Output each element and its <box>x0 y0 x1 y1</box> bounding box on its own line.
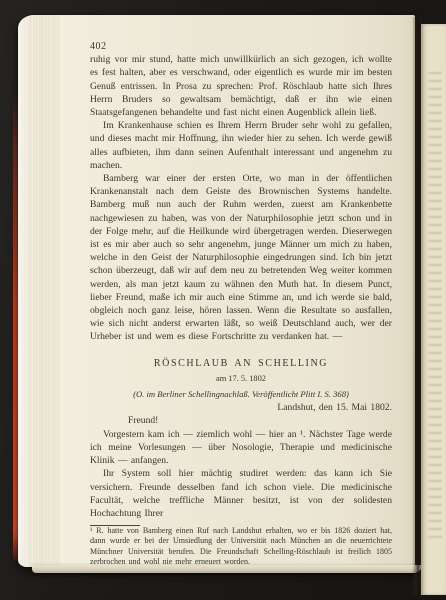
letter-heading-date: am 17. 5. 1802 <box>90 372 392 385</box>
letter-dateline: Landshut, den 15. Mai 1802. <box>90 401 392 414</box>
letter-paragraph: Ihr System soll hier mächtig studiret we… <box>90 467 392 520</box>
book-page: 402 ruhig vor mir stund, hatte mich unwi… <box>18 15 415 567</box>
adjacent-page-text-blur <box>428 72 442 542</box>
paragraph-continuation: ruhig vor mir stund, hatte mich unwillkü… <box>90 53 392 119</box>
page-fore-edge <box>18 15 60 567</box>
letter-heading: RÖSCHLAUB AN SCHELLING am 17. 5. 1802 (O… <box>90 357 392 402</box>
paragraph: Im Krankenhause schien es Ihrem Herrn Br… <box>90 119 392 172</box>
letter-paragraph: Vorgestern kam ich — ziemlich wohl — hie… <box>90 428 392 468</box>
page-number: 402 <box>90 40 392 53</box>
letter-salutation: Freund! <box>90 414 392 427</box>
adjacent-page-edge <box>421 24 446 595</box>
photo-background: 402 ruhig vor mir stund, hatte mich unwi… <box>0 0 446 600</box>
paragraph: Bamberg war einer der ersten Orte, wo ma… <box>90 172 392 344</box>
printed-text-block: 402 ruhig vor mir stund, hatte mich unwi… <box>90 40 392 567</box>
footnote-text: ¹ R. hatte von Bamberg einen Ruf nach La… <box>90 526 392 567</box>
letter-source-note: (O. im Berliner Schellingnachlaß. Veröff… <box>90 388 392 401</box>
letter-title: RÖSCHLAUB AN SCHELLING <box>90 357 392 370</box>
